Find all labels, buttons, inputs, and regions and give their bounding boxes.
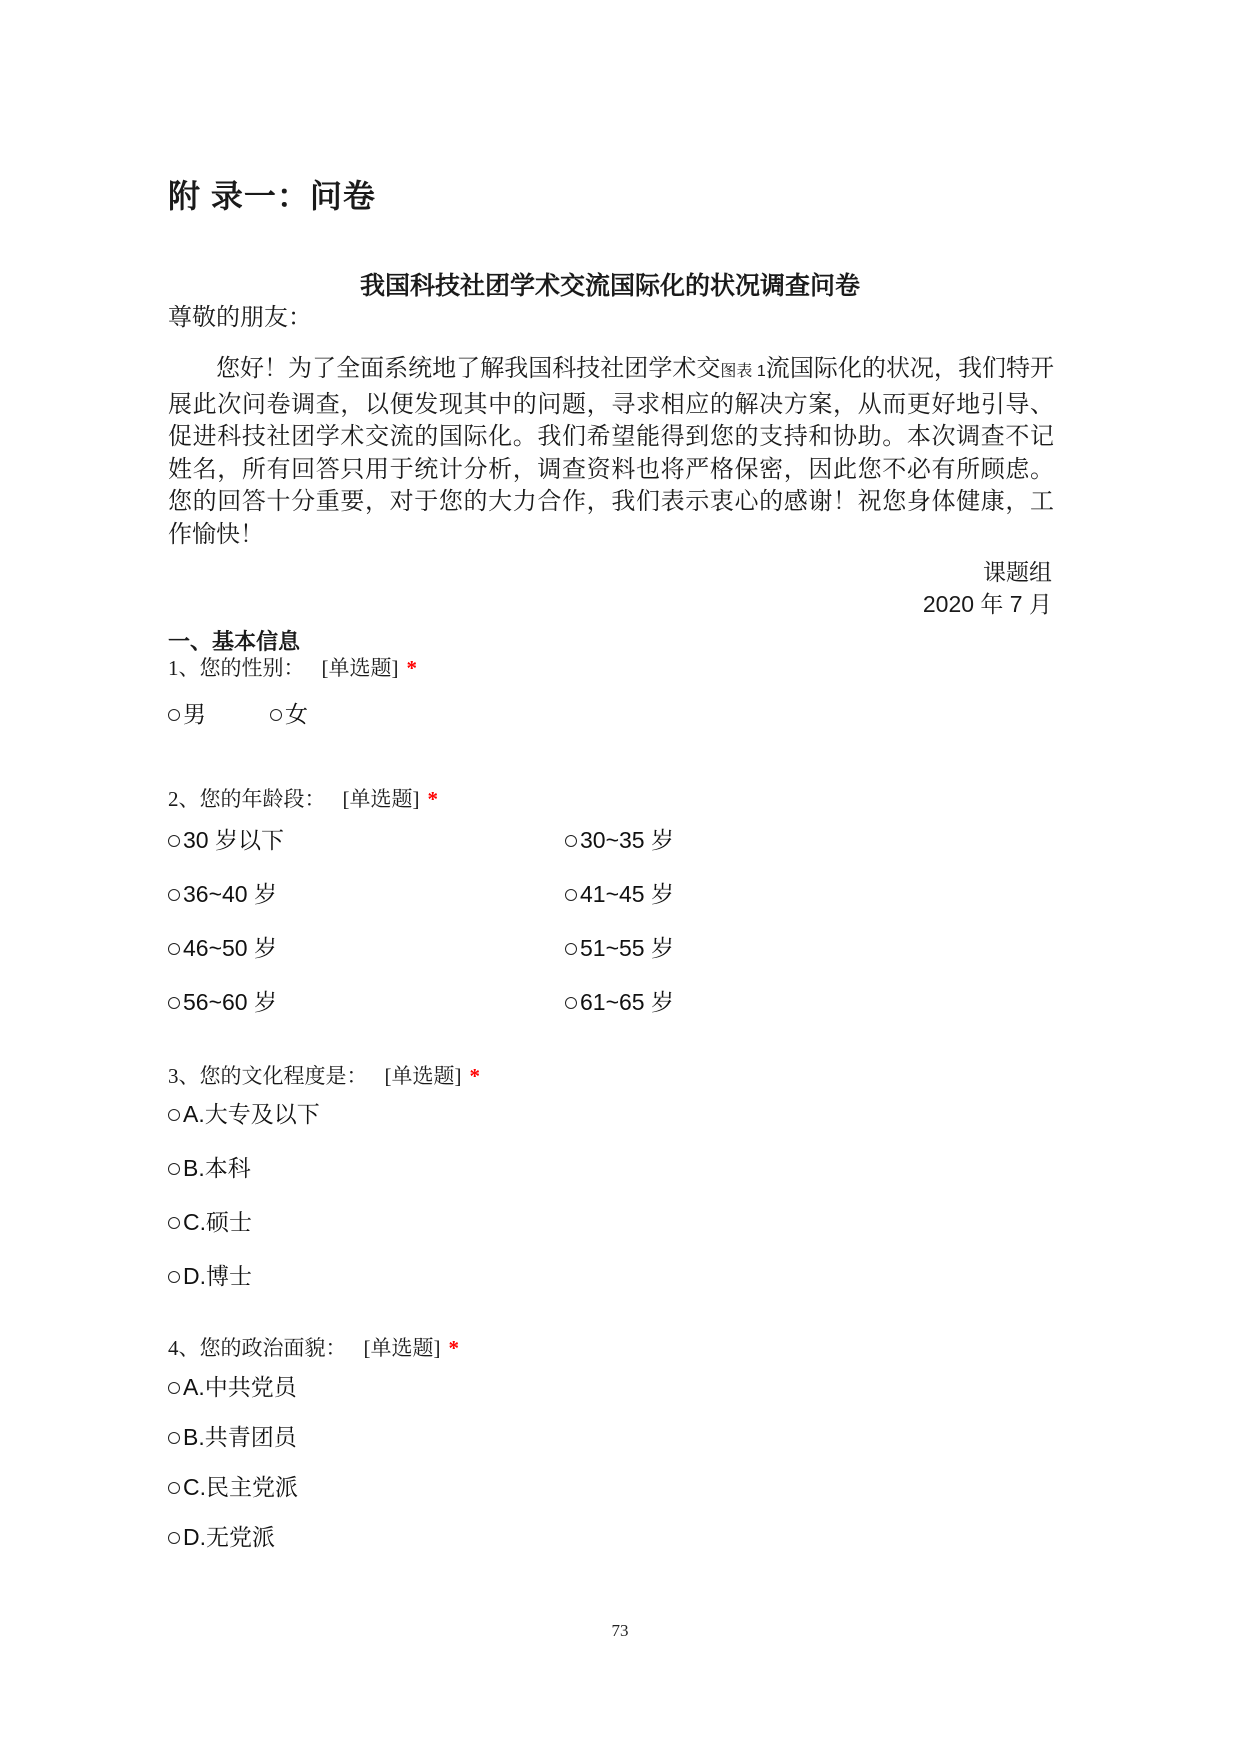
- question-text: 您的年龄段：: [200, 787, 326, 811]
- radio-option-age-46-50[interactable]: 46~50 岁: [168, 934, 565, 962]
- signoff-date: 2020 年 7 月: [168, 588, 1052, 620]
- question-type-tag: [单选题]: [364, 1336, 441, 1360]
- radio-icon[interactable]: [565, 943, 577, 955]
- option-label: 30 岁以下: [183, 827, 284, 853]
- option-label: D.博士: [183, 1263, 252, 1289]
- question-education-label: 3、您的文化程度是：[单选题]*: [168, 1063, 1058, 1089]
- cross-reference-artifact: 图表 1: [720, 363, 765, 380]
- option-label: 61~65 岁: [580, 989, 674, 1015]
- option-label: B.共青团员: [183, 1424, 297, 1450]
- question-type-tag: [单选题]: [322, 656, 399, 680]
- option-label: 51~55 岁: [580, 935, 674, 961]
- radio-icon[interactable]: [168, 889, 180, 901]
- radio-option-edu-b[interactable]: B.本科: [168, 1154, 1058, 1182]
- question-number: 2、: [168, 787, 200, 811]
- radio-icon[interactable]: [565, 997, 577, 1009]
- document-page: 附 录一：问卷 我国科技社团学术交流国际化的状况调查问卷 尊敬的朋友： 您好！为…: [0, 0, 1240, 1753]
- radio-option-age-36-40[interactable]: 36~40 岁: [168, 880, 565, 908]
- radio-option-age-30-35[interactable]: 30~35 岁: [565, 826, 1058, 854]
- question-education: 3、您的文化程度是：[单选题]* A.大专及以下 B.本科 C.硕士 D.博士: [168, 1063, 1058, 1316]
- question-education-options: A.大专及以下 B.本科 C.硕士 D.博士: [168, 1100, 1058, 1290]
- intro-paragraph: 您好！为了全面系统地了解我国科技社团学术交图表 1流国际化的状况，我们特开展此次…: [168, 353, 1054, 551]
- radio-option-edu-d[interactable]: D.博士: [168, 1262, 1058, 1290]
- signoff-group: 课题组: [168, 556, 1052, 588]
- radio-icon[interactable]: [168, 943, 180, 955]
- required-asterisk: *: [449, 1336, 460, 1360]
- option-label: C.民主党派: [183, 1474, 298, 1500]
- radio-option-edu-c[interactable]: C.硕士: [168, 1208, 1058, 1236]
- radio-option-age-56-60[interactable]: 56~60 岁: [168, 988, 565, 1016]
- question-age-label: 2、您的年龄段：[单选题]*: [168, 786, 1058, 812]
- question-text: 您的文化程度是：: [200, 1064, 368, 1088]
- radio-option-political-d[interactable]: D.无党派: [168, 1523, 1058, 1551]
- option-label: 56~60 岁: [183, 989, 277, 1015]
- question-political-status-options: A.中共党员 B.共青团员 C.民主党派 D.无党派: [168, 1373, 1058, 1551]
- option-label: D.无党派: [183, 1524, 275, 1550]
- question-text: 您的政治面貌：: [200, 1336, 347, 1360]
- required-asterisk: *: [428, 787, 439, 811]
- question-gender: 1、您的性别：[单选题]* 男 女: [168, 655, 1058, 729]
- radio-icon[interactable]: [270, 709, 282, 721]
- radio-option-political-c[interactable]: C.民主党派: [168, 1473, 1058, 1501]
- signoff-block: 课题组 2020 年 7 月: [168, 556, 1052, 620]
- option-label: B.本科: [183, 1155, 251, 1181]
- option-label: 46~50 岁: [183, 935, 277, 961]
- question-age: 2、您的年龄段：[单选题]* 30 岁以下 30~35 岁 36~40 岁 41…: [168, 786, 1058, 1016]
- option-label: 女: [285, 702, 308, 727]
- radio-icon[interactable]: [565, 835, 577, 847]
- option-label: 30~35 岁: [580, 827, 674, 853]
- option-label: A.大专及以下: [183, 1101, 320, 1127]
- radio-icon[interactable]: [168, 997, 180, 1009]
- radio-icon[interactable]: [168, 1163, 180, 1175]
- radio-icon[interactable]: [168, 835, 180, 847]
- radio-icon[interactable]: [168, 1271, 180, 1283]
- question-number: 1、: [168, 656, 200, 680]
- option-label: C.硕士: [183, 1209, 252, 1235]
- salutation: 尊敬的朋友：: [168, 297, 312, 332]
- section-heading-basic-info: 一、基本信息: [168, 625, 300, 656]
- radio-icon[interactable]: [565, 889, 577, 901]
- question-political-status-label: 4、您的政治面貌：[单选题]*: [168, 1335, 1058, 1361]
- question-gender-options: 男 女: [168, 701, 1058, 729]
- option-label: 36~40 岁: [183, 881, 277, 907]
- appendix-title: 附 录一：问卷: [168, 171, 376, 217]
- radio-option-age-under30[interactable]: 30 岁以下: [168, 826, 565, 854]
- question-age-options: 30 岁以下 30~35 岁 36~40 岁 41~45 岁 46~50 岁 5…: [168, 826, 1058, 1016]
- radio-option-political-b[interactable]: B.共青团员: [168, 1423, 1058, 1451]
- required-asterisk: *: [407, 656, 418, 680]
- radio-option-age-61-65[interactable]: 61~65 岁: [565, 988, 1058, 1016]
- radio-icon[interactable]: [168, 1432, 180, 1444]
- question-type-tag: [单选题]: [343, 787, 420, 811]
- radio-option-political-a[interactable]: A.中共党员: [168, 1373, 1058, 1401]
- radio-option-edu-a[interactable]: A.大专及以下: [168, 1100, 1058, 1128]
- question-political-status: 4、您的政治面貌：[单选题]* A.中共党员 B.共青团员 C.民主党派 D.无…: [168, 1335, 1058, 1573]
- question-text: 您的性别：: [200, 656, 305, 680]
- radio-option-female[interactable]: 女: [270, 701, 308, 729]
- page-number: 73: [0, 1621, 1240, 1641]
- radio-icon[interactable]: [168, 1109, 180, 1121]
- radio-icon[interactable]: [168, 1482, 180, 1494]
- required-asterisk: *: [470, 1064, 481, 1088]
- radio-option-age-51-55[interactable]: 51~55 岁: [565, 934, 1058, 962]
- radio-icon[interactable]: [168, 1217, 180, 1229]
- radio-icon[interactable]: [168, 1532, 180, 1544]
- radio-option-age-41-45[interactable]: 41~45 岁: [565, 880, 1058, 908]
- question-number: 4、: [168, 1336, 200, 1360]
- radio-option-male[interactable]: 男: [168, 701, 206, 729]
- question-type-tag: [单选题]: [385, 1064, 462, 1088]
- intro-text-after-ref: 流国际化的状况，我们特开展此次问卷调查，以便发现其中的问题，寻求相应的解决方案，…: [168, 355, 1054, 548]
- radio-icon[interactable]: [168, 1382, 180, 1394]
- intro-text-before-ref: 您好！为了全面系统地了解我国科技社团学术交: [216, 355, 720, 382]
- radio-icon[interactable]: [168, 709, 180, 721]
- option-label: 41~45 岁: [580, 881, 674, 907]
- option-label: A.中共党员: [183, 1374, 297, 1400]
- option-label: 男: [183, 702, 206, 727]
- question-gender-label: 1、您的性别：[单选题]*: [168, 655, 1058, 681]
- question-number: 3、: [168, 1064, 200, 1088]
